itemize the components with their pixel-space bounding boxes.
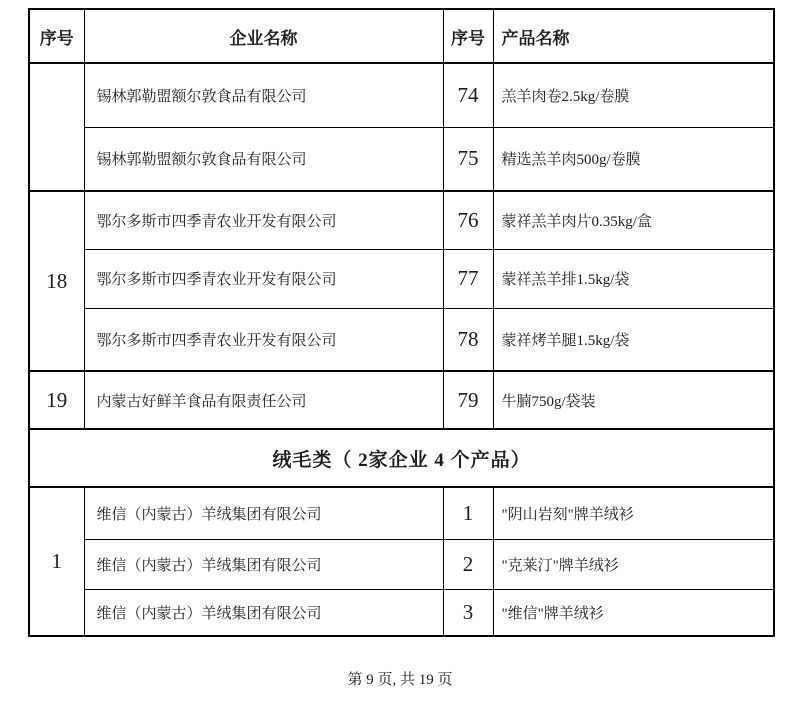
category-section-row: 绒毛类（ 2家企业 4 个产品） bbox=[29, 429, 774, 487]
product-name-cell: 蒙祥羔羊肉片0.35kg/盒 bbox=[493, 191, 774, 249]
company-name-cell: 维信（内蒙古）羊绒集团有限公司 bbox=[84, 539, 443, 589]
group-serial-cell bbox=[29, 63, 84, 191]
product-name-cell: "维信"牌羊绒衫 bbox=[493, 589, 774, 636]
table-row: 维信（内蒙古）羊绒集团有限公司2"克莱汀"牌羊绒衫 bbox=[29, 539, 774, 589]
product-name-cell: 牛腩750g/袋装 bbox=[493, 371, 774, 429]
product-name-cell: 蒙祥烤羊腿1.5kg/袋 bbox=[493, 308, 774, 371]
table-row: 1维信（内蒙古）羊绒集团有限公司1"阴山岩刻"牌羊绒衫 bbox=[29, 487, 774, 539]
col-header-product-serial: 序号 bbox=[443, 9, 493, 63]
company-name-cell: 鄂尔多斯市四季青农业开发有限公司 bbox=[84, 191, 443, 249]
product-name-cell: "克莱汀"牌羊绒衫 bbox=[493, 539, 774, 589]
col-header-company-name: 企业名称 bbox=[84, 9, 443, 63]
table-row: 锡林郭勒盟额尔敦食品有限公司74羔羊肉卷2.5kg/卷膜 bbox=[29, 63, 774, 127]
table-row: 维信（内蒙古）羊绒集团有限公司3"维信"牌羊绒衫 bbox=[29, 589, 774, 636]
table-header-row: 序号 企业名称 序号 产品名称 bbox=[29, 9, 774, 63]
company-name-cell: 锡林郭勒盟额尔敦食品有限公司 bbox=[84, 63, 443, 127]
company-name-cell: 鄂尔多斯市四季青农业开发有限公司 bbox=[84, 308, 443, 371]
product-name-cell: 蒙祥羔羊排1.5kg/袋 bbox=[493, 249, 774, 308]
enterprise-product-table: 序号 企业名称 序号 产品名称 锡林郭勒盟额尔敦食品有限公司74羔羊肉卷2.5k… bbox=[28, 8, 775, 637]
product-serial-cell: 77 bbox=[443, 249, 493, 308]
group-serial-cell: 1 bbox=[29, 487, 84, 636]
company-name-cell: 鄂尔多斯市四季青农业开发有限公司 bbox=[84, 249, 443, 308]
product-serial-cell: 3 bbox=[443, 589, 493, 636]
product-serial-cell: 76 bbox=[443, 191, 493, 249]
document-page: 序号 企业名称 序号 产品名称 锡林郭勒盟额尔敦食品有限公司74羔羊肉卷2.5k… bbox=[0, 0, 800, 714]
table-row: 18鄂尔多斯市四季青农业开发有限公司76蒙祥羔羊肉片0.35kg/盒 bbox=[29, 191, 774, 249]
company-name-cell: 维信（内蒙古）羊绒集团有限公司 bbox=[84, 589, 443, 636]
product-serial-cell: 75 bbox=[443, 127, 493, 191]
group-serial-cell: 19 bbox=[29, 371, 84, 429]
product-name-cell: "阴山岩刻"牌羊绒衫 bbox=[493, 487, 774, 539]
table-row: 鄂尔多斯市四季青农业开发有限公司78蒙祥烤羊腿1.5kg/袋 bbox=[29, 308, 774, 371]
product-name-cell: 羔羊肉卷2.5kg/卷膜 bbox=[493, 63, 774, 127]
product-serial-cell: 74 bbox=[443, 63, 493, 127]
table-row: 锡林郭勒盟额尔敦食品有限公司75精选羔羊肉500g/卷膜 bbox=[29, 127, 774, 191]
company-name-cell: 内蒙古好鲜羊食品有限责任公司 bbox=[84, 371, 443, 429]
company-name-cell: 锡林郭勒盟额尔敦食品有限公司 bbox=[84, 127, 443, 191]
table-row: 鄂尔多斯市四季青农业开发有限公司77蒙祥羔羊排1.5kg/袋 bbox=[29, 249, 774, 308]
product-serial-cell: 79 bbox=[443, 371, 493, 429]
company-name-cell: 维信（内蒙古）羊绒集团有限公司 bbox=[84, 487, 443, 539]
col-header-serial: 序号 bbox=[29, 9, 84, 63]
product-serial-cell: 2 bbox=[443, 539, 493, 589]
product-name-cell: 精选羔羊肉500g/卷膜 bbox=[493, 127, 774, 191]
category-section-title: 绒毛类（ 2家企业 4 个产品） bbox=[29, 429, 774, 487]
product-serial-cell: 1 bbox=[443, 487, 493, 539]
col-header-product-name: 产品名称 bbox=[493, 9, 774, 63]
group-serial-cell: 18 bbox=[29, 191, 84, 371]
page-footer: 第 9 页, 共 19 页 bbox=[0, 668, 800, 689]
table-row: 19内蒙古好鲜羊食品有限责任公司79牛腩750g/袋装 bbox=[29, 371, 774, 429]
product-serial-cell: 78 bbox=[443, 308, 493, 371]
